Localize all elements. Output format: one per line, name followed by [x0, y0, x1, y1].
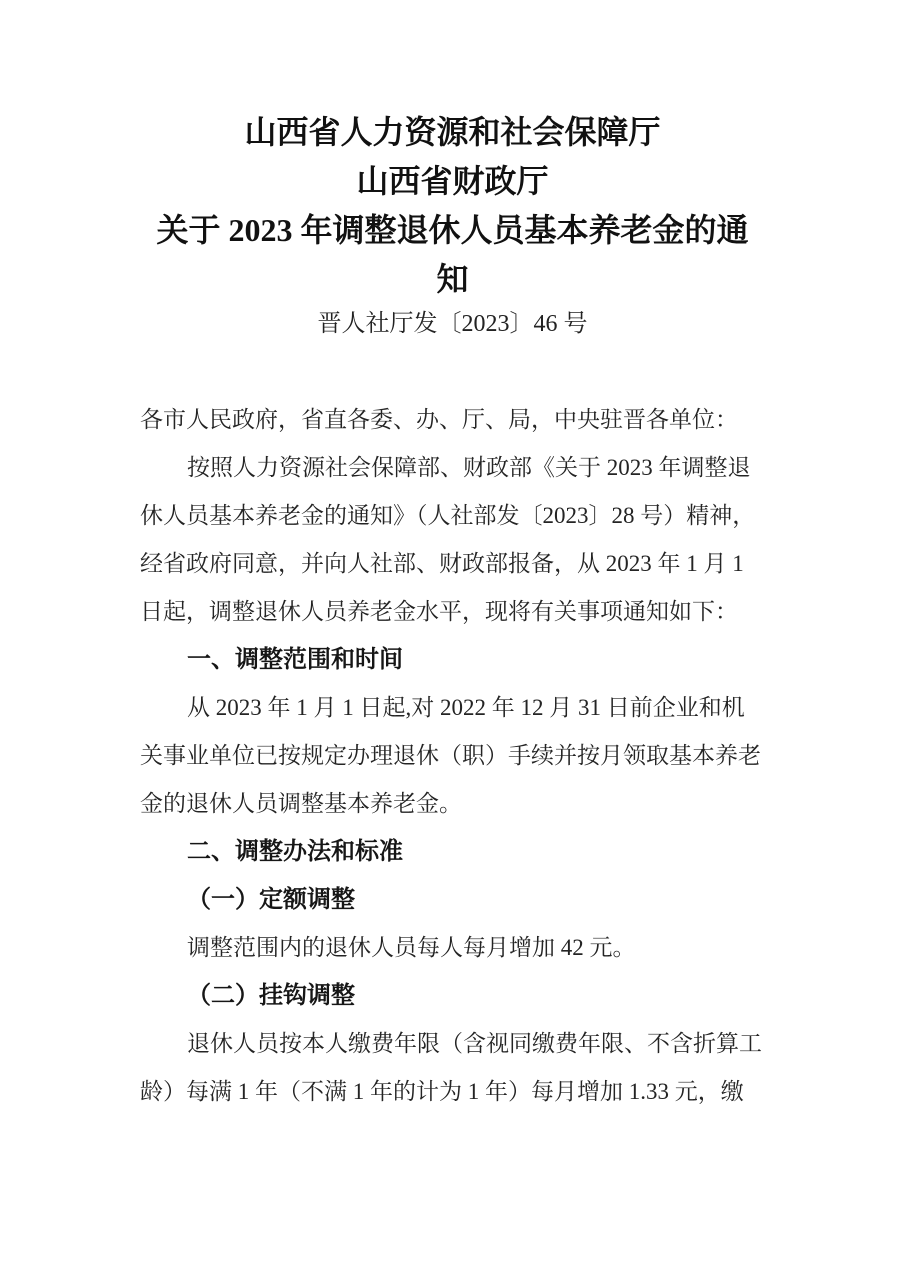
- subsection-heading-2: （二）挂钩调整: [140, 972, 770, 1020]
- section-heading-1: 一、调整范围和时间: [140, 636, 770, 684]
- salutation-line: 各市人民政府，省直各委、办、厅、局，中央驻晋各单位：: [140, 396, 770, 444]
- body-line: 退休人员按本人缴费年限（含视同缴费年限、不含折算工: [140, 1020, 770, 1068]
- document-page: 山西省人力资源和社会保障厅 山西省财政厅 关于 2023 年调整退休人员基本养老…: [0, 0, 905, 1280]
- subsection-heading-1: （一）定额调整: [140, 876, 770, 924]
- body-line: 日起，调整退休人员养老金水平，现将有关事项通知如下：: [140, 588, 770, 636]
- title-line-issuer-1: 山西省人力资源和社会保障厅: [0, 108, 905, 157]
- body-line: 关事业单位已按规定办理退休（职）手续并按月领取基本养老: [140, 732, 770, 780]
- document-number: 晋人社厅发〔2023〕46 号: [0, 304, 905, 344]
- body-line: 金的退休人员调整基本养老金。: [140, 780, 770, 828]
- body-line: 调整范围内的退休人员每人每月增加 42 元。: [140, 924, 770, 972]
- title-line-issuer-2: 山西省财政厅: [0, 157, 905, 206]
- document-body: 各市人民政府，省直各委、办、厅、局，中央驻晋各单位： 按照人力资源社会保障部、财…: [0, 396, 905, 1116]
- body-line: 龄）每满 1 年（不满 1 年的计为 1 年）每月增加 1.33 元，缴: [140, 1068, 770, 1116]
- body-line: 从 2023 年 1 月 1 日起,对 2022 年 12 月 31 日前企业和…: [140, 684, 770, 732]
- title-line-subject-1: 关于 2023 年调整退休人员基本养老金的通: [0, 206, 905, 255]
- body-line: 经省政府同意，并向人社部、财政部报备，从 2023 年 1 月 1: [140, 540, 770, 588]
- body-line: 按照人力资源社会保障部、财政部《关于 2023 年调整退: [140, 444, 770, 492]
- body-line: 休人员基本养老金的通知》（人社部发〔2023〕28 号）精神，: [140, 492, 770, 540]
- document-title-block: 山西省人力资源和社会保障厅 山西省财政厅 关于 2023 年调整退休人员基本养老…: [0, 0, 905, 344]
- title-line-subject-2: 知: [0, 255, 905, 304]
- section-heading-2: 二、调整办法和标准: [140, 828, 770, 876]
